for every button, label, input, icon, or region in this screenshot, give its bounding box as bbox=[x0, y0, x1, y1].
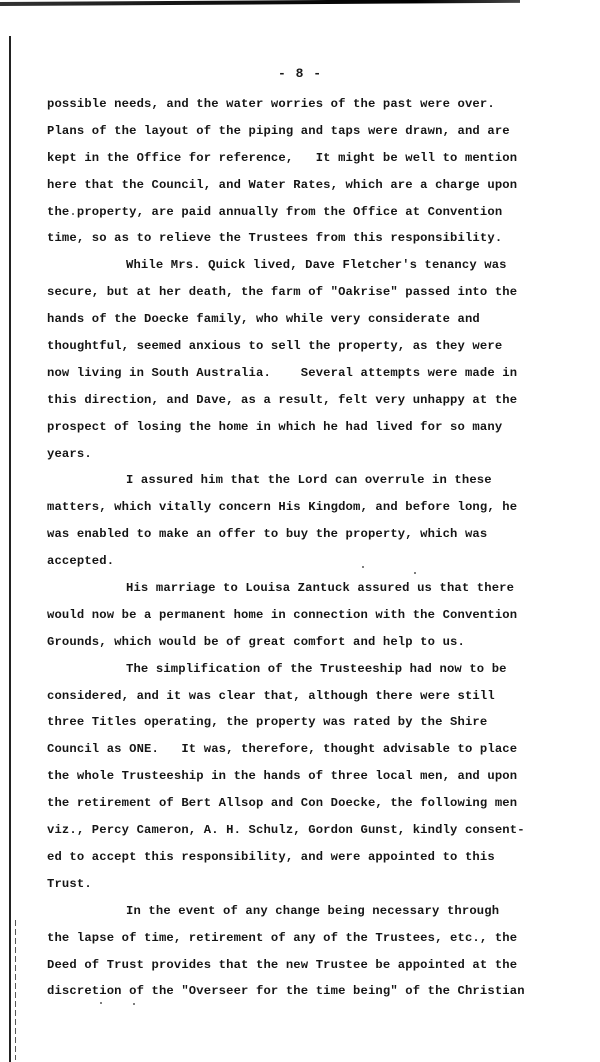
page-number: - 8 - bbox=[0, 66, 600, 81]
scan-speck bbox=[100, 1002, 102, 1004]
scan-speck bbox=[133, 1003, 135, 1005]
top-edge-rule bbox=[0, 0, 520, 6]
text-line: here that the Council, and Water Rates, … bbox=[47, 172, 567, 199]
text-line: the lapse of time, retirement of any of … bbox=[47, 925, 567, 952]
text-line: viz., Percy Cameron, A. H. Schulz, Gordo… bbox=[47, 817, 567, 844]
paragraph: His marriage to Louisa Zantuck assured u… bbox=[47, 575, 567, 656]
paragraph: I assured him that the Lord can overrule… bbox=[47, 467, 567, 575]
paragraph: The simplification of the Trusteeship ha… bbox=[47, 656, 567, 898]
text-line: possible needs, and the water worries of… bbox=[47, 91, 567, 118]
text-line: the whole Trusteeship in the hands of th… bbox=[47, 763, 567, 790]
scan-speck bbox=[72, 213, 74, 215]
text-line: His marriage to Louisa Zantuck assured u… bbox=[47, 575, 567, 602]
text-line: matters, which vitally concern His Kingd… bbox=[47, 494, 567, 521]
text-line: would now be a permanent home in connect… bbox=[47, 602, 567, 629]
scan-speck bbox=[414, 572, 416, 574]
paragraph: While Mrs. Quick lived, Dave Fletcher's … bbox=[47, 252, 567, 467]
text-line: years. bbox=[47, 441, 567, 468]
text-line: I assured him that the Lord can overrule… bbox=[47, 467, 567, 494]
paragraph: possible needs, and the water worries of… bbox=[47, 91, 567, 252]
left-margin-dashed-rule bbox=[15, 920, 16, 1060]
text-line: the property, are paid annually from the… bbox=[47, 199, 567, 226]
left-margin-rule bbox=[9, 36, 11, 1062]
text-line: considered, and it was clear that, altho… bbox=[47, 683, 567, 710]
text-line: While Mrs. Quick lived, Dave Fletcher's … bbox=[47, 252, 567, 279]
text-line: Plans of the layout of the piping and ta… bbox=[47, 118, 567, 145]
text-line: Grounds, which would be of great comfort… bbox=[47, 629, 567, 656]
document-body: possible needs, and the water worries of… bbox=[47, 91, 567, 1005]
text-line: ed to accept this responsibility, and we… bbox=[47, 844, 567, 871]
text-line: hands of the Doecke family, who while ve… bbox=[47, 306, 567, 333]
scan-speck bbox=[362, 566, 364, 568]
text-line: time, so as to relieve the Trustees from… bbox=[47, 225, 567, 252]
text-line: In the event of any change being necessa… bbox=[47, 898, 567, 925]
text-line: thoughtful, seemed anxious to sell the p… bbox=[47, 333, 567, 360]
text-line: secure, but at her death, the farm of "O… bbox=[47, 279, 567, 306]
text-line: accepted. bbox=[47, 548, 567, 575]
paragraph: In the event of any change being necessa… bbox=[47, 898, 567, 1006]
text-line: the retirement of Bert Allsop and Con Do… bbox=[47, 790, 567, 817]
text-line: Deed of Trust provides that the new Trus… bbox=[47, 952, 567, 979]
text-line: Council as ONE. It was, therefore, thoug… bbox=[47, 736, 567, 763]
text-line: now living in South Australia. Several a… bbox=[47, 360, 567, 387]
text-line: this direction, and Dave, as a result, f… bbox=[47, 387, 567, 414]
text-line: kept in the Office for reference, It mig… bbox=[47, 145, 567, 172]
text-line: Trust. bbox=[47, 871, 567, 898]
text-line: was enabled to make an offer to buy the … bbox=[47, 521, 567, 548]
text-line: The simplification of the Trusteeship ha… bbox=[47, 656, 567, 683]
text-line: prospect of losing the home in which he … bbox=[47, 414, 567, 441]
text-line: discretion of the "Overseer for the time… bbox=[47, 978, 567, 1005]
text-line: three Titles operating, the property was… bbox=[47, 709, 567, 736]
